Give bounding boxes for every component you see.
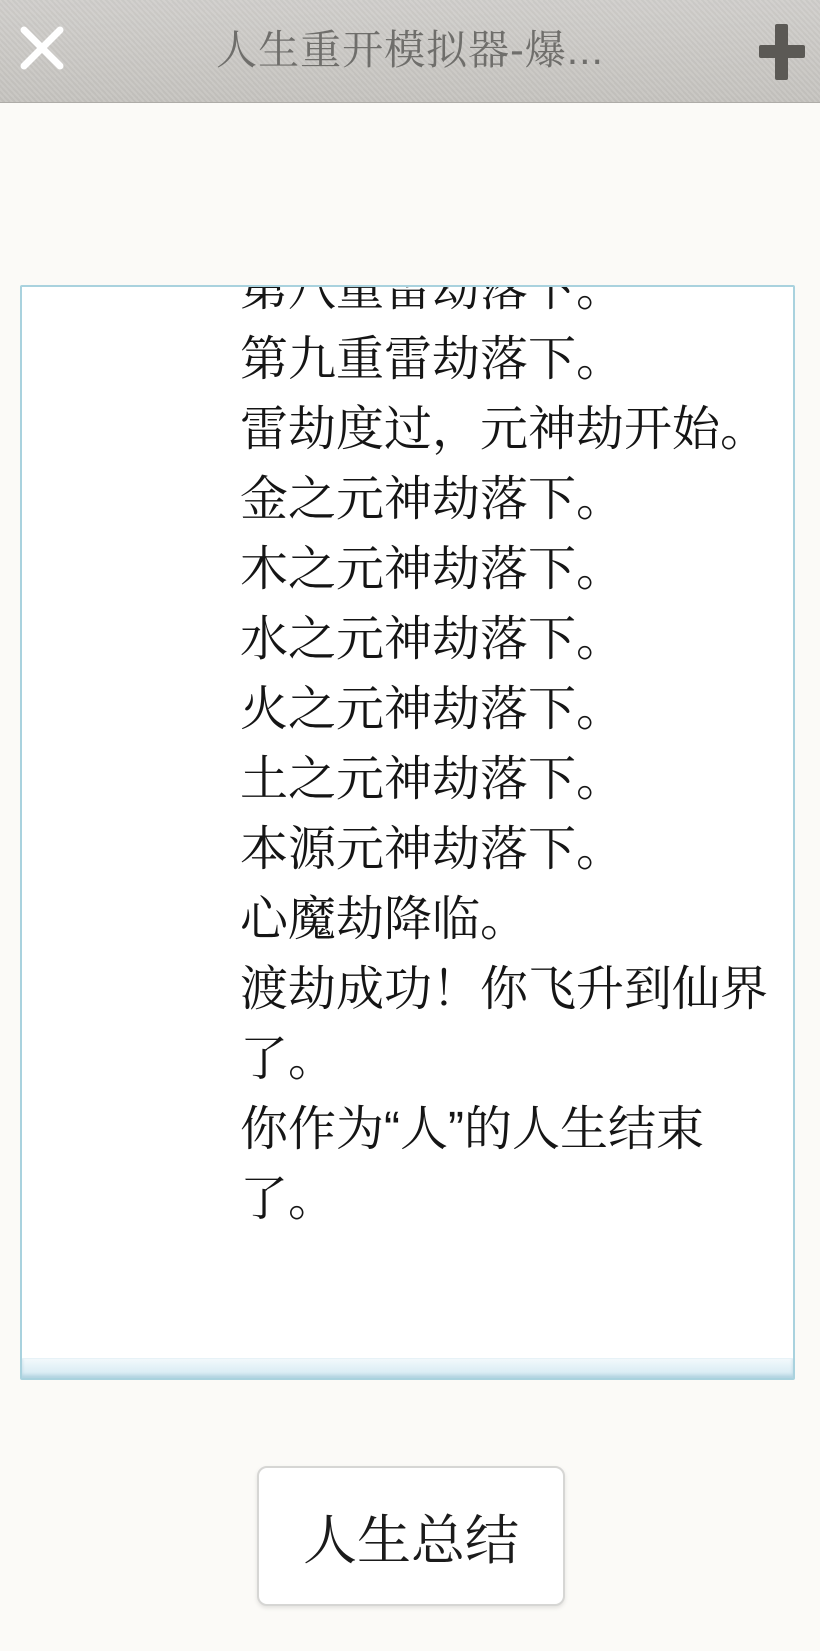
log-event-line: 本源元神劫落下。 bbox=[240, 815, 775, 885]
life-log-textarea[interactable]: 第八重雷劫落下。第九重雷劫落下。雷劫度过，元神劫开始。金之元神劫落下。木之元神劫… bbox=[20, 285, 795, 1380]
log-event-line: 第九重雷劫落下。 bbox=[240, 325, 775, 395]
log-event-line: 金之元神劫落下。 bbox=[240, 465, 775, 535]
log-event-line: 水之元神劫落下。 bbox=[240, 605, 775, 675]
log-event-line: 心魔劫降临。 bbox=[240, 885, 775, 955]
titlebar: 人生重开模拟器-爆... bbox=[0, 0, 820, 103]
log-event-line: 土之元神劫落下。 bbox=[240, 745, 775, 815]
log-event-line: 第八重雷劫落下。 bbox=[240, 285, 775, 325]
horizontal-scrollbar[interactable] bbox=[22, 1358, 793, 1378]
log-event-line: 渡劫成功！你飞升到仙界了。 bbox=[240, 955, 775, 1095]
close-icon bbox=[14, 20, 70, 76]
log-event-line: 你作为“人”的人生结束了。 bbox=[240, 1095, 775, 1235]
add-button[interactable] bbox=[756, 20, 808, 82]
life-summary-button[interactable]: 人生总结 bbox=[257, 1466, 565, 1606]
close-button[interactable] bbox=[14, 20, 70, 76]
log-event-line: 火之元神劫落下。 bbox=[240, 675, 775, 745]
add-icon bbox=[756, 20, 808, 82]
log-event-line: 雷劫度过，元神劫开始。 bbox=[240, 395, 775, 465]
page-title: 人生重开模拟器-爆... bbox=[110, 0, 710, 103]
life-log-lines: 第八重雷劫落下。第九重雷劫落下。雷劫度过，元神劫开始。金之元神劫落下。木之元神劫… bbox=[240, 285, 775, 1235]
log-event-line: 木之元神劫落下。 bbox=[240, 535, 775, 605]
